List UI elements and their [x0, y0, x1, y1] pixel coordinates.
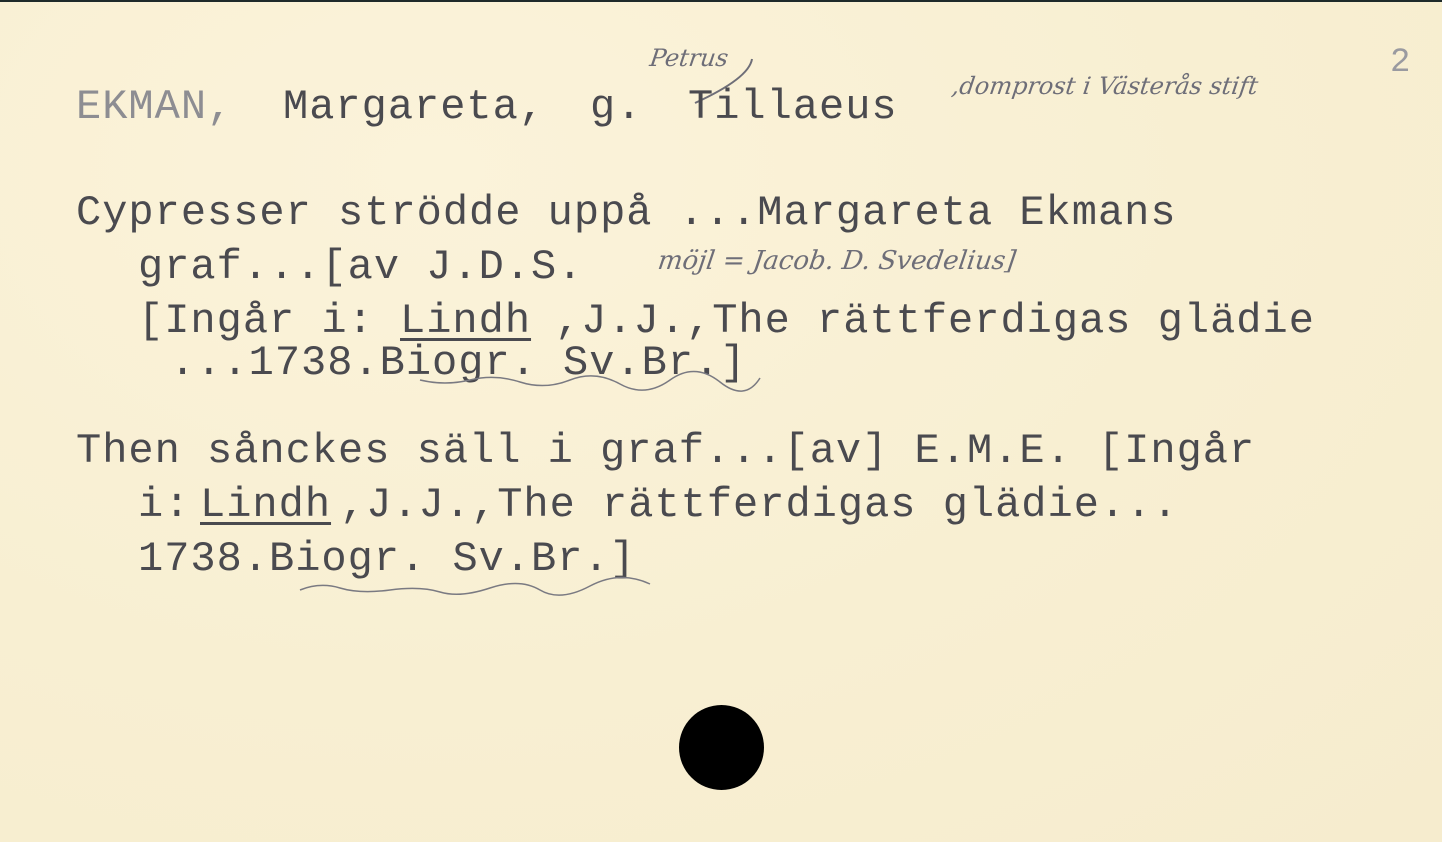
- heading-given-name: Margareta,: [283, 86, 545, 128]
- heading-married-name: Tillaeus: [688, 86, 898, 128]
- card-punch-hole: [679, 705, 764, 790]
- entry-1-source-title: ,J.J.,The rättferdigas glädie: [555, 300, 1315, 342]
- handwritten-occupation-note: ,domprost i Västerås stift: [950, 72, 1260, 100]
- entry-1-source-prefix: [Ingår i:: [138, 300, 374, 342]
- catalog-card: 2 Petrus EKMAN, Margareta, g. Tillaeus ,…: [0, 0, 1442, 842]
- card-page-number: 2: [1390, 44, 1410, 82]
- entry-2-source-prefix: i:: [138, 484, 190, 526]
- heading-married-marker: g.: [590, 86, 642, 128]
- entry-1-title-line: Cypresser strödde uppå ...Margareta Ekma…: [76, 192, 1177, 234]
- handwritten-author-identification: möjl = Jacob. D. Svedelius]: [656, 246, 1018, 276]
- heading-surname: EKMAN,: [76, 86, 233, 128]
- entry-2-source-year: 1738.Biogr. Sv.Br.]: [138, 538, 636, 580]
- entry-1-source-author: Lindh: [400, 300, 531, 342]
- pencil-wavy-underline: [420, 374, 760, 388]
- entry-2-source-title: ,J.J.,The rättferdigas glädie...: [340, 484, 1179, 526]
- pencil-wavy-underline: [300, 580, 650, 596]
- entry-2-title-line: Then sånckes säll i graf...[av] E.M.E. […: [76, 430, 1255, 472]
- entry-1-author-line: graf...[av J.D.S.: [138, 246, 583, 288]
- entry-2-source-author: Lindh: [200, 484, 331, 526]
